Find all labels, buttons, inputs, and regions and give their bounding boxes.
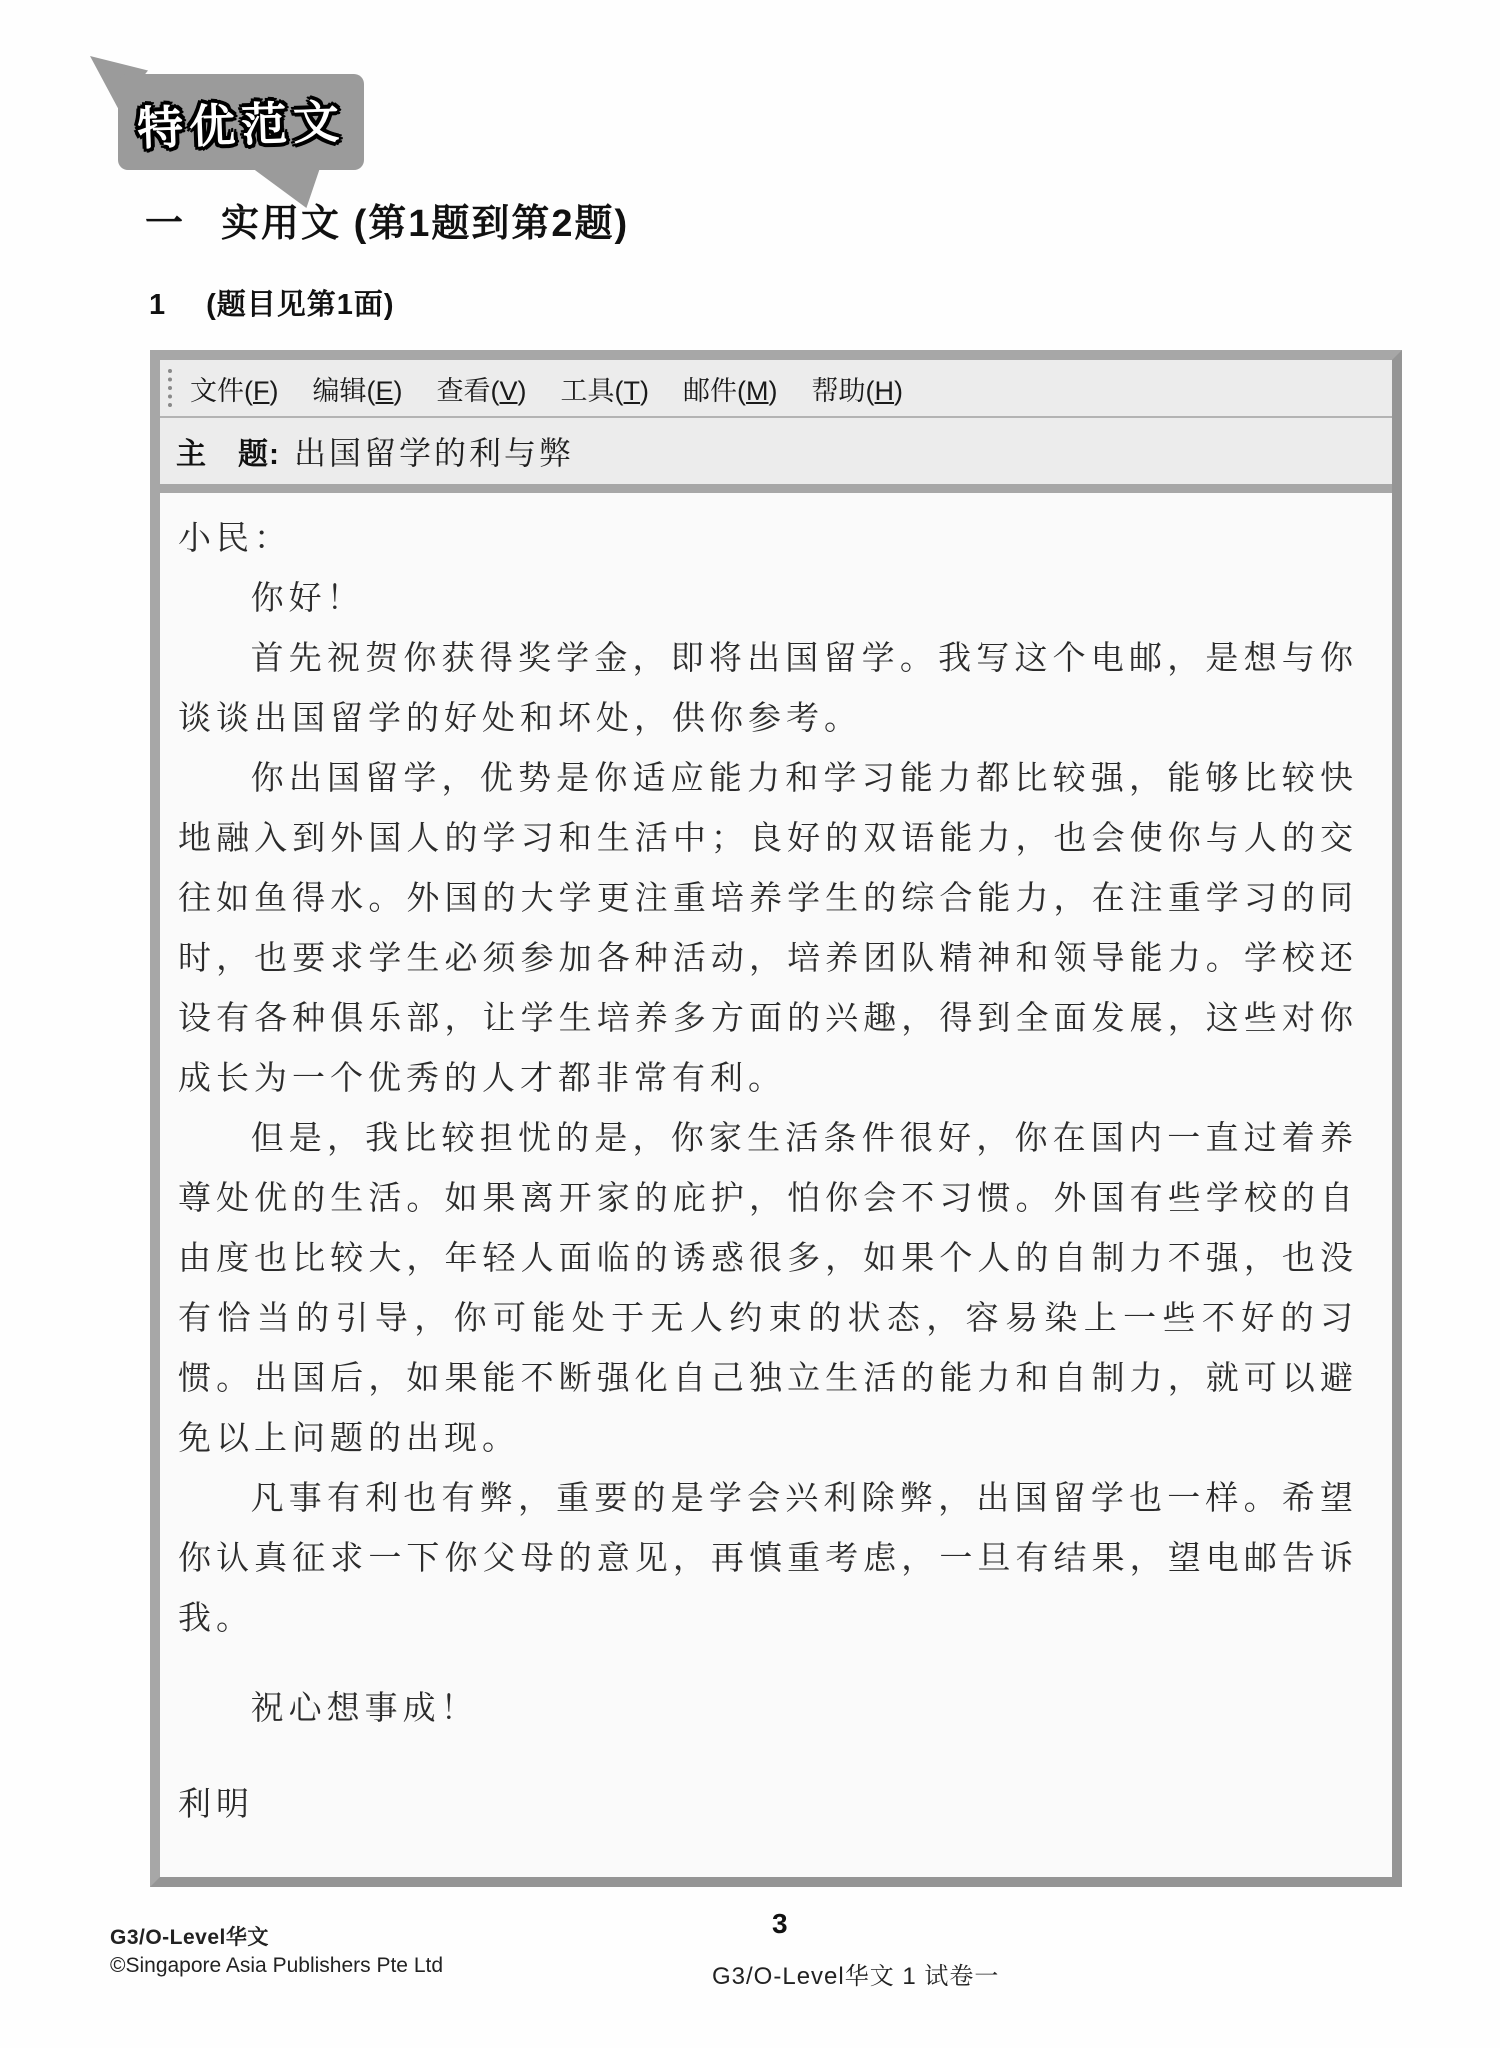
- letter-paragraph: 你出国留学，优势是你适应能力和学习能力都比较强，能够比较快地融入到外国人的学习和…: [178, 748, 1358, 1108]
- letter-closing: 祝心想事成！: [178, 1678, 1358, 1738]
- menu-accelerator: E: [367, 376, 403, 406]
- section-heading: 一 实用文 (第1题到第2题): [145, 192, 629, 247]
- footer-copyright: ©Singapore Asia Publishers Pte Ltd: [110, 1952, 443, 1980]
- subject-field[interactable]: 出国留学的利与弊: [294, 428, 574, 474]
- menu-item-view[interactable]: 查看V: [437, 369, 527, 408]
- letter-signature: 利明: [178, 1774, 1358, 1834]
- menu-item-tools[interactable]: 工具T: [561, 369, 650, 408]
- menu-item-label: 文件: [190, 376, 244, 406]
- letter-salutation: 小民：: [178, 508, 1358, 568]
- footer-left: G3/O-Level华文 ©Singapore Asia Publishers …: [110, 1924, 443, 1980]
- email-menu-bar: 文件F 编辑E 查看V 工具T 邮件M 帮助H: [160, 360, 1392, 418]
- subject-bar: 主 题: 出国留学的利与弊: [160, 418, 1392, 493]
- footer-series: G3/O-Level华文: [110, 1924, 443, 1952]
- menu-drag-handle-icon[interactable]: [168, 369, 172, 407]
- menu-accelerator: T: [615, 376, 650, 406]
- scanned-book-page: 特优范文 一 实用文 (第1题到第2题) 1 (题目见第1面) 文件F 编辑E …: [0, 0, 1500, 2048]
- letter-paragraph: 凡事有利也有弊，重要的是学会兴利除弊，出国留学也一样。希望你认真征求一下你父母的…: [178, 1468, 1358, 1648]
- menu-item-label: 工具: [561, 376, 615, 406]
- letter-body: 小民： 你好！ 首先祝贺你获得奖学金，即将出国留学。我写这个电邮，是想与你谈谈出…: [160, 493, 1392, 1834]
- menu-item-label: 邮件: [683, 376, 737, 406]
- menu-item-help[interactable]: 帮助H: [812, 369, 904, 408]
- series-logo-text: 特优范文: [136, 85, 346, 158]
- email-window: 文件F 编辑E 查看V 工具T 邮件M 帮助H 主 题: 出国留学的利与弊 小民…: [150, 350, 1402, 1887]
- letter-paragraph: 但是，我比较担忧的是，你家生活条件很好，你在国内一直过着养尊处优的生活。如果离开…: [178, 1108, 1358, 1468]
- series-logo: 特优范文: [118, 74, 364, 170]
- letter-paragraph: 首先祝贺你获得奖学金，即将出国留学。我写这个电邮，是想与你谈谈出国留学的好处和坏…: [178, 628, 1358, 748]
- footer-paper-label: G3/O-Level华文 1 试卷一: [712, 1956, 999, 1991]
- question-note: (题目见第1面): [206, 282, 394, 323]
- question-number: 1: [149, 289, 166, 322]
- section-number: 一: [145, 192, 185, 247]
- letter-paragraph: 你好！: [178, 568, 1358, 628]
- menu-item-label: 帮助: [812, 376, 866, 406]
- section-title: 实用文 (第1题到第2题): [221, 192, 629, 247]
- subject-label: 主 题:: [176, 429, 280, 473]
- menu-accelerator: V: [491, 376, 527, 406]
- page-number: 3: [772, 1908, 788, 1940]
- menu-item-file[interactable]: 文件F: [190, 369, 279, 408]
- question-heading: 1 (题目见第1面): [149, 282, 395, 323]
- menu-item-mail[interactable]: 邮件M: [683, 369, 778, 408]
- menu-item-label: 查看: [437, 376, 491, 406]
- menu-item-edit[interactable]: 编辑E: [313, 369, 403, 408]
- menu-accelerator: H: [866, 376, 904, 406]
- menu-item-label: 编辑: [313, 376, 367, 406]
- menu-accelerator: F: [244, 376, 279, 406]
- menu-accelerator: M: [737, 376, 778, 406]
